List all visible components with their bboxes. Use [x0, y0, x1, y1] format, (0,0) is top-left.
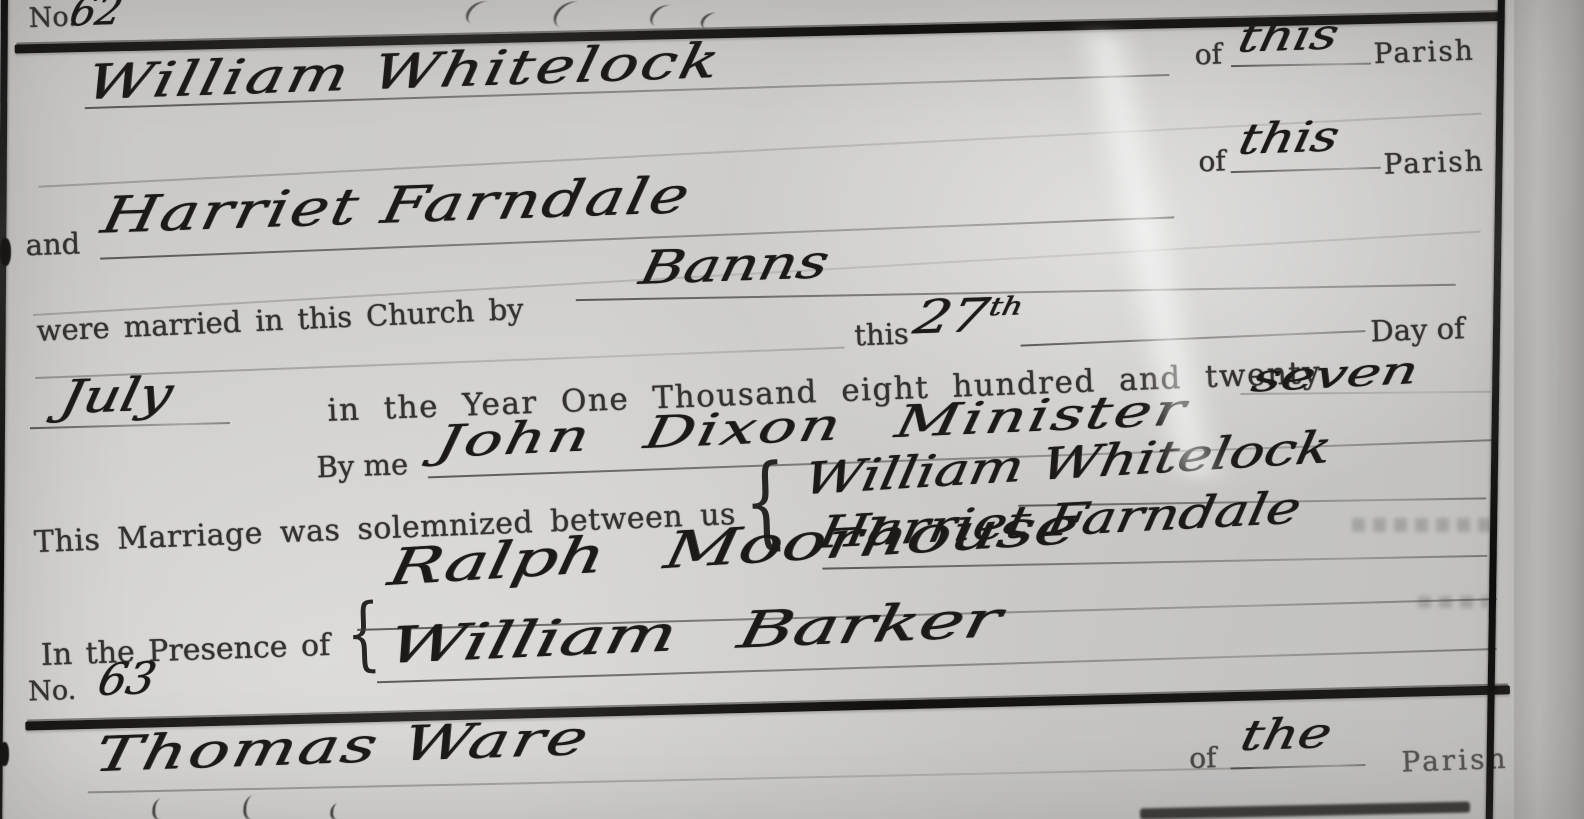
ink-blot — [0, 742, 9, 766]
bride-parish-underline — [1231, 167, 1381, 173]
entry-number-value: 63 — [93, 653, 160, 706]
day-line — [1021, 330, 1366, 346]
groom-parish-value: this — [1234, 9, 1343, 62]
by-me-label: By me — [316, 447, 409, 484]
bride-of-label: of — [1198, 144, 1226, 178]
ink-smear — [1140, 802, 1470, 819]
ink-bleed-through — [1352, 518, 1492, 532]
month-value: July — [55, 366, 177, 424]
register-form: No. 62 William Whitelock of this Parish … — [0, 0, 1584, 819]
presence-brace: { — [345, 593, 382, 674]
parish-value: the — [1236, 708, 1336, 761]
groom-parish-underline — [1231, 63, 1371, 67]
bride-parish-value: this — [1234, 111, 1343, 164]
marriage-register-scan: No. 62 William Whitelock of this Parish … — [0, 0, 1584, 819]
married-by-value: Banns — [635, 234, 834, 295]
of-label: of — [1189, 741, 1217, 775]
day-ordinal: th — [986, 291, 1025, 321]
groom-of-label: of — [1194, 37, 1222, 71]
page-border-left — [0, 0, 8, 819]
bride-parish-label: Parish — [1383, 144, 1485, 181]
entry-number-value: 62 — [66, 0, 127, 36]
page-gutter-margin — [1514, 0, 1584, 819]
day-value: 27th — [909, 286, 1027, 344]
day-of-label: Day of — [1370, 311, 1465, 348]
ink-blot — [0, 238, 11, 266]
presence-label: In the Presence of — [40, 628, 330, 673]
day-this-label: this — [854, 317, 910, 353]
witness-2-signature: William Barker — [383, 590, 1006, 675]
groom-parish-label: Parish — [1373, 34, 1475, 71]
entry-number-label: No. — [28, 675, 77, 708]
ink-bleed-through — [1418, 596, 1488, 608]
parish-underline — [1231, 764, 1366, 770]
and-label: and — [25, 226, 81, 262]
